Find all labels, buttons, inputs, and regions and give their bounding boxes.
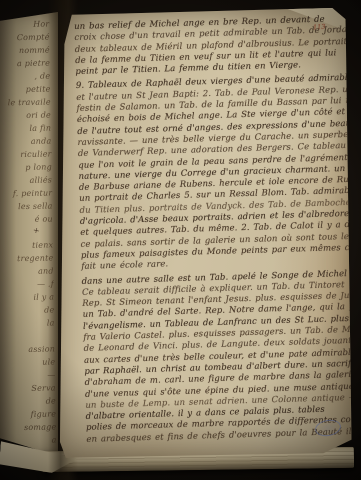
left-page-fragment: tienx: [0, 238, 53, 252]
left-page-fragment: a pietre: [0, 57, 50, 71]
left-page-fragment: alliés: [0, 173, 52, 187]
left-page-fragment: tregente: [0, 251, 54, 265]
left-page-fragment: petite: [0, 82, 51, 96]
left-page-fragment: de ,: [0, 70, 50, 84]
left-page-fragment: f. —: [0, 277, 54, 291]
left-page-fragment: le travaile: [0, 95, 51, 109]
left-page-fragment: les sella: [0, 199, 53, 213]
left-page-fragment: ori de: [0, 108, 51, 122]
manuscript-paragraph: un bas relief de Michel ange en bre Rep.…: [74, 14, 352, 79]
left-page-fragment: de: [0, 303, 54, 317]
left-page-fragment: and: [0, 264, 54, 278]
left-page-fragment: f. peintur: [0, 186, 52, 200]
left-page-fragment: p long: [0, 160, 52, 174]
left-page-fragment: Compté: [0, 31, 50, 45]
left-page-fragment: anda: [0, 134, 52, 148]
left-page-fragment: assion: [0, 342, 55, 356]
left-page-fragment: il y a: [0, 290, 54, 304]
manuscript-paragraph: 9. Tableaux de Raphaël deux vierges d'un…: [76, 73, 358, 273]
left-page-fragment: [0, 225, 53, 239]
left-page-fragment: nommé: [0, 44, 50, 58]
left-page-fragment: la: [0, 316, 55, 330]
manuscript-photo: HorCompténomméa pietrede ,petitele trava…: [0, 0, 361, 480]
left-page-fragment: é ou: [0, 212, 53, 226]
manuscript-text: un bas relief de Michel ange en bre Rep.…: [74, 14, 361, 446]
manuscript-page: 113 un bas relief de Michel ange en bre …: [57, 8, 353, 460]
left-page-fragment: Hor: [0, 18, 49, 32]
left-page-fragment: riculier: [0, 147, 52, 161]
left-page-fragment: la fin: [0, 121, 51, 135]
manuscript-paragraph: dans une autre salle est un Tab. apelé l…: [82, 268, 361, 446]
left-page-fragment: [0, 329, 55, 343]
